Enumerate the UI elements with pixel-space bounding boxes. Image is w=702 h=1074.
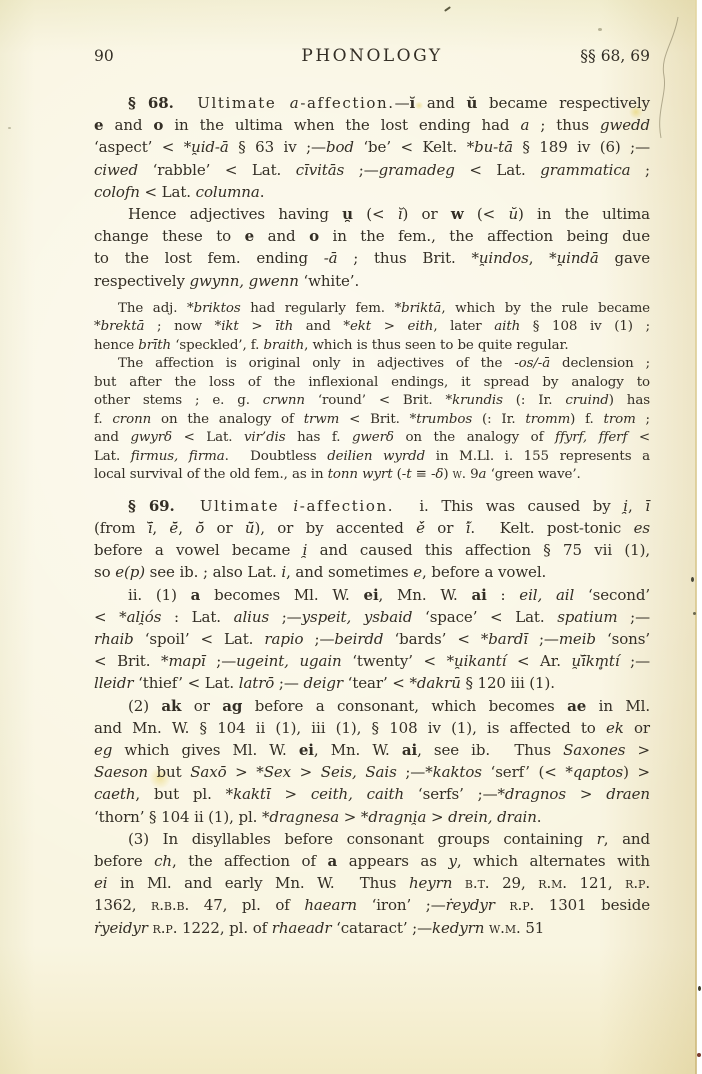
text-segment: > bbox=[271, 785, 311, 803]
text-segment: ei bbox=[299, 741, 314, 759]
text-segment: ae bbox=[567, 697, 586, 715]
text-segment: * bbox=[94, 319, 101, 334]
text-segment: ei bbox=[364, 586, 379, 604]
text-segment: rhaeadr bbox=[272, 919, 332, 937]
text-segment: (2) bbox=[128, 697, 161, 715]
text-segment: and caused this affection § 75 vii (1), bbox=[307, 541, 650, 559]
text-segment: gave bbox=[599, 249, 650, 267]
text-segment: ŭ bbox=[508, 205, 518, 223]
text-segment: on the analogy of bbox=[394, 430, 555, 445]
text-segment: ‘second’ bbox=[574, 586, 650, 604]
para-68-hence: Hence adjectives having u̯ (< ĭ) or w (<… bbox=[94, 203, 650, 292]
text-segment: ffyrf, fferf bbox=[555, 430, 627, 445]
text-segment: 121, bbox=[567, 874, 625, 892]
para-69-intro: § 69. Ultimate i-affection. i. This was … bbox=[94, 495, 650, 584]
text-segment: so bbox=[94, 563, 115, 581]
text-segment: ek bbox=[606, 719, 624, 737]
text-segment: ‘iron’ ;— bbox=[357, 896, 446, 914]
text-segment: kaktī bbox=[233, 785, 270, 803]
text-segment: > * bbox=[339, 808, 368, 826]
text-segment: ;— bbox=[528, 630, 559, 648]
text-segment: Saeson bbox=[94, 763, 148, 781]
para-69-ii-1: ii. (1) a becomes Ml. W. ei, Mn. W. ai :… bbox=[94, 584, 650, 695]
text-segment: ‘tear’ < * bbox=[343, 674, 417, 692]
text-segment: haearn bbox=[304, 896, 357, 914]
text-segment: other stems ; e. g. bbox=[94, 393, 263, 408]
text-segment: on the analogy of bbox=[151, 412, 304, 427]
text-line: (3) In disyllables before consonant grou… bbox=[94, 828, 650, 850]
text-segment: 47, pl. of bbox=[189, 896, 304, 914]
text-segment: ;— bbox=[206, 652, 237, 670]
text-segment: bu-tā bbox=[474, 138, 513, 156]
text-segment: gramadeg bbox=[379, 161, 455, 179]
text-segment: ; bbox=[630, 161, 650, 179]
text-segment: columna bbox=[196, 183, 260, 201]
text-segment: īth bbox=[275, 319, 293, 334]
text-segment: o bbox=[153, 116, 163, 134]
text-segment: Hence adjectives having bbox=[128, 205, 342, 223]
text-segment: u̯indos bbox=[479, 249, 529, 267]
text-segment bbox=[452, 874, 465, 892]
text-segment: ai bbox=[402, 741, 417, 759]
text-segment: Ultimate bbox=[197, 94, 290, 112]
text-line: to the lost fem. ending -ā ; thus Brit. … bbox=[94, 247, 650, 269]
text-segment: ;— bbox=[269, 608, 302, 626]
text-segment: ṙeydyr bbox=[446, 896, 495, 914]
text-segment: heyrn bbox=[409, 874, 452, 892]
text-segment: -ā bbox=[324, 249, 338, 267]
text-segment: before bbox=[94, 852, 154, 870]
text-line: Hence adjectives having u̯ (< ĭ) or w (<… bbox=[94, 203, 650, 225]
text-segment: 29, bbox=[489, 874, 538, 892]
text-segment: see ib. ; also Lat. bbox=[145, 563, 281, 581]
text-segment: ; thus bbox=[529, 116, 600, 134]
text-segment: r.b.b. bbox=[151, 896, 189, 914]
text-line: caeth, but pl. *kaktī > ceith, caith ‘se… bbox=[94, 783, 650, 805]
text-segment: < bbox=[627, 430, 650, 445]
text-segment: ṙyeidyr bbox=[94, 919, 148, 937]
text-segment: w bbox=[451, 205, 464, 223]
text-segment: e bbox=[413, 563, 422, 581]
text-segment: < * bbox=[94, 608, 127, 626]
para-note-affection-original: The affection is original only in adject… bbox=[94, 355, 650, 485]
text-segment: respectively bbox=[94, 272, 190, 290]
text-segment: aith bbox=[494, 319, 520, 334]
text-line: ‘thorn’ § 104 ii (1), pl. *dragnesa > *d… bbox=[94, 806, 650, 828]
paper-speck bbox=[693, 612, 696, 615]
text-segment bbox=[174, 94, 197, 112]
text-segment: e bbox=[245, 227, 254, 245]
text-segment: cronn bbox=[112, 412, 151, 427]
text-segment: ikt bbox=[221, 319, 238, 334]
text-segment: Lat. bbox=[94, 449, 131, 464]
text-segment: becomes Ml. W. bbox=[200, 586, 363, 604]
text-segment: ē̆ bbox=[169, 519, 178, 537]
text-segment: < Brit. * bbox=[94, 652, 168, 670]
text-segment: briktā bbox=[401, 301, 441, 316]
text-segment: trumbos bbox=[416, 412, 472, 427]
text-segment: , but pl. * bbox=[135, 785, 233, 803]
text-segment: w. bbox=[453, 467, 466, 482]
text-line: (from ī̆, ē̆, ō̆ or ū̆), or by accented … bbox=[94, 517, 650, 539]
text-line: The adj. *briktos had regularly fem. *br… bbox=[94, 300, 650, 319]
text-segment: , see ib. Thus bbox=[417, 741, 563, 759]
text-segment: but after the loss of the inflexional en… bbox=[94, 375, 650, 390]
text-segment: in the ultima when the lost ending had bbox=[163, 116, 520, 134]
page-header: 90 PHONOLOGY §§ 68, 69 bbox=[94, 46, 650, 66]
text-segment: 51 bbox=[521, 919, 545, 937]
text-segment: brīth bbox=[138, 338, 171, 353]
text-segment: (< bbox=[464, 205, 509, 223]
text-line: The affection is original only in adject… bbox=[94, 355, 650, 374]
text-line: < Brit. *mapī ;—ugeint, ugain ‘twenty’ <… bbox=[94, 650, 650, 672]
text-segment: e(p) bbox=[115, 563, 145, 581]
text-segment: eg bbox=[94, 741, 112, 759]
text-segment: > bbox=[426, 808, 448, 826]
text-segment: colofn bbox=[94, 183, 140, 201]
text-segment: bardī bbox=[488, 630, 528, 648]
text-segment: ) or bbox=[402, 205, 450, 223]
text-segment: — bbox=[395, 94, 410, 112]
text-segment: lleidr bbox=[94, 674, 133, 692]
text-segment: < Lat. bbox=[172, 430, 244, 445]
text-segment: krundis bbox=[452, 393, 503, 408]
text-segment: ‘white’. bbox=[299, 272, 359, 290]
text-segment: r.p. bbox=[153, 919, 178, 937]
text-line: but after the loss of the inflexional en… bbox=[94, 374, 650, 393]
text-line: respectively gwynn, gwenn ‘white’. bbox=[94, 270, 650, 292]
text-segment: < Lat. bbox=[140, 183, 196, 201]
text-segment: eil, ail bbox=[519, 586, 574, 604]
text-segment: gwerδ bbox=[352, 430, 394, 445]
text-segment: § 120 iii (1). bbox=[461, 674, 555, 692]
text-segment: , bbox=[628, 497, 645, 515]
text-segment: u̯ bbox=[342, 205, 353, 223]
text-block: 90 PHONOLOGY §§ 68, 69 § 68. Ultimate a-… bbox=[94, 46, 650, 939]
text-line: ciwed ‘rabble’ < Lat. cīvitās ;—gramadeg… bbox=[94, 159, 650, 181]
text-segment: ‘bards’ < * bbox=[383, 630, 488, 648]
text-segment: gwyrδ bbox=[130, 430, 172, 445]
text-segment: a bbox=[290, 94, 301, 112]
text-segment: ‘spoil’ < Lat. bbox=[134, 630, 265, 648]
text-segment: trom bbox=[604, 412, 636, 427]
text-segment: > bbox=[371, 319, 407, 334]
text-segment: has f. bbox=[286, 430, 352, 445]
text-segment: kaktos bbox=[433, 763, 482, 781]
text-segment: § 108 iv (1) ; bbox=[520, 319, 650, 334]
text-segment: declension ; bbox=[550, 356, 650, 371]
text-line: 1362, r.b.b. 47, pl. of haearn ‘iron’ ;—… bbox=[94, 894, 650, 916]
text-segment: . Doubtless bbox=[225, 449, 328, 464]
text-segment: r.p. bbox=[509, 896, 534, 914]
running-head: PHONOLOGY bbox=[214, 46, 530, 66]
text-segment: 1301 beside bbox=[534, 896, 650, 914]
text-segment: ii. (1) bbox=[128, 586, 191, 604]
text-segment: . bbox=[537, 808, 542, 826]
text-segment: , which alternates with bbox=[457, 852, 650, 870]
page-edge-shadow bbox=[695, 0, 697, 1074]
text-segment: in M.Ll. i. 155 represents a bbox=[425, 449, 650, 464]
page-number: 90 bbox=[94, 47, 214, 65]
text-segment: appears as bbox=[337, 852, 448, 870]
text-segment: deigr bbox=[303, 674, 343, 692]
text-segment: but bbox=[148, 763, 190, 781]
text-line: hence brīth ‘speckled’, f. braith, which… bbox=[94, 337, 650, 356]
text-segment: ) has bbox=[609, 393, 650, 408]
text-line: Lat. firmus, firma. Doubtless deilien wy… bbox=[94, 448, 650, 467]
scanned-book-page: { "page": { "number": "90", "running_hea… bbox=[0, 0, 702, 1074]
text-segment: ‘thief’ < Lat. bbox=[133, 674, 238, 692]
text-segment: gwedd bbox=[600, 116, 650, 134]
text-line: ii. (1) a becomes Ml. W. ei, Mn. W. ai :… bbox=[94, 584, 650, 606]
text-segment: dragni̯a bbox=[368, 808, 426, 826]
text-segment: or bbox=[624, 719, 650, 737]
text-segment: ‘thorn’ § 104 ii (1), pl. * bbox=[94, 808, 269, 826]
text-segment: -affection. bbox=[300, 497, 394, 515]
text-segment: Seis, Sais bbox=[321, 763, 397, 781]
text-segment: (from bbox=[94, 519, 148, 537]
para-note-briktos: The adj. *briktos had regularly fem. *br… bbox=[94, 300, 650, 356]
text-segment: 1222, pl. of bbox=[177, 919, 271, 937]
text-segment: caeth bbox=[94, 785, 135, 803]
text-segment: change these to bbox=[94, 227, 245, 245]
text-segment: > bbox=[566, 785, 606, 803]
text-segment: qaptos bbox=[573, 763, 623, 781]
text-segment: , later bbox=[433, 319, 494, 334]
text-segment: and Mn. W. § 104 ii (1), iii (1), § 108 … bbox=[94, 719, 606, 737]
text-segment: > bbox=[625, 741, 650, 759]
text-line: lleidr ‘thief’ < Lat. latrō ;— deigr ‘te… bbox=[94, 672, 650, 694]
text-segment: 9 bbox=[466, 467, 479, 482]
text-segment: meib bbox=[559, 630, 596, 648]
text-segment: u̯id-ā bbox=[191, 138, 229, 156]
text-segment: or bbox=[181, 697, 222, 715]
text-line: local survival of the old fem., as in to… bbox=[94, 466, 650, 485]
text-segment: ; now * bbox=[144, 319, 221, 334]
text-segment: Sex bbox=[264, 763, 291, 781]
text-segment: , which by the rule became bbox=[441, 301, 650, 316]
text-segment: , the affection of bbox=[172, 852, 328, 870]
text-segment: cīvitās bbox=[296, 161, 344, 179]
text-segment: 1362, bbox=[94, 896, 151, 914]
text-segment: -affection. bbox=[300, 94, 394, 112]
text-segment: and bbox=[415, 94, 466, 112]
text-line: < *ali̯ós : Lat. alius ;—yspeit, ysbaid … bbox=[94, 606, 650, 628]
text-segment: ;— bbox=[274, 674, 303, 692]
text-segment: r.p. bbox=[625, 874, 650, 892]
text-segment: < Brit. * bbox=[339, 412, 416, 427]
text-segment: spatium bbox=[557, 608, 617, 626]
text-segment: ) bbox=[443, 467, 452, 482]
text-segment: : bbox=[487, 586, 520, 604]
text-segment: The adj. * bbox=[118, 301, 194, 316]
text-segment: ; bbox=[636, 412, 650, 427]
text-segment: ; thus Brit. * bbox=[338, 249, 479, 267]
para-69-ii-3: (3) In disyllables before consonant grou… bbox=[94, 828, 650, 939]
text-segment: , which is thus seen to be quite regular… bbox=[304, 338, 568, 353]
text-segment: (< bbox=[353, 205, 398, 223]
text-segment: w.m. bbox=[489, 919, 521, 937]
text-segment: tromm bbox=[525, 412, 570, 427]
text-segment: latrō bbox=[239, 674, 274, 692]
text-segment: (3) In disyllables before consonant grou… bbox=[128, 830, 597, 848]
text-line: so e(p) see ib. ; also Lat. i, and somet… bbox=[94, 561, 650, 583]
text-segment: a bbox=[191, 586, 201, 604]
text-segment: , and sometimes bbox=[286, 563, 413, 581]
text-segment: became respectively bbox=[477, 94, 650, 112]
text-segment: ĕ́ bbox=[416, 519, 425, 537]
text-segment: u̯ī̆km̥tí bbox=[572, 652, 620, 670]
text-segment: rapio bbox=[264, 630, 303, 648]
text-line: before ch, the affection of a appears as… bbox=[94, 850, 650, 872]
text-segment: Saxones bbox=[563, 741, 625, 759]
text-segment: ;—* bbox=[397, 763, 433, 781]
text-segment: mapī bbox=[168, 652, 205, 670]
text-segment: and bbox=[94, 430, 130, 445]
text-segment: a bbox=[520, 116, 529, 134]
text-segment: in the fem., the affection being due bbox=[319, 227, 650, 245]
text-segment: ‘twenty’ < * bbox=[342, 652, 454, 670]
text-segment: braith bbox=[263, 338, 304, 353]
text-segment: . bbox=[260, 183, 265, 201]
text-segment: b.t. bbox=[465, 874, 490, 892]
text-segment: ) > bbox=[623, 763, 650, 781]
text-segment: ag bbox=[222, 697, 242, 715]
text-segment: > bbox=[239, 319, 275, 334]
text-segment: ugeint, ugain bbox=[236, 652, 342, 670]
text-segment: ) f. bbox=[570, 412, 603, 427]
text-segment: which gives Ml. W. bbox=[112, 741, 299, 759]
text-segment: ŭ bbox=[467, 94, 478, 112]
text-segment: ak bbox=[161, 697, 181, 715]
text-segment: , bbox=[178, 519, 195, 537]
text-segment: ‘rabble’ < Lat. bbox=[138, 161, 296, 179]
text-segment: § 189 iv (6) ;— bbox=[513, 138, 650, 156]
text-segment: ‘green wave’. bbox=[486, 467, 580, 482]
text-segment: ‘cataract’ ;— bbox=[331, 919, 432, 937]
text-segment: ō̆ bbox=[195, 519, 204, 537]
text-segment: and bbox=[254, 227, 309, 245]
text-segment: or bbox=[425, 519, 466, 537]
text-segment bbox=[175, 497, 200, 515]
text-segment bbox=[495, 896, 510, 914]
text-segment: ;— bbox=[617, 608, 650, 626]
text-segment: -δ bbox=[431, 467, 443, 482]
text-segment: kedyrn bbox=[432, 919, 484, 937]
text-segment: ekt bbox=[350, 319, 371, 334]
text-segment: o bbox=[309, 227, 319, 245]
text-segment: (: Ir. bbox=[472, 412, 525, 427]
text-segment: ‘sons’ bbox=[596, 630, 650, 648]
text-segment: alius bbox=[234, 608, 269, 626]
paper-crack-line bbox=[648, 14, 690, 144]
text-segment: ‘speckled’, f. bbox=[171, 338, 263, 353]
text-segment: ‘round’ < Brit. * bbox=[305, 393, 452, 408]
text-segment: a bbox=[328, 852, 338, 870]
text-line: colofn < Lat. columna. bbox=[94, 181, 650, 203]
text-segment: . Kelt. post-tonic bbox=[470, 519, 633, 537]
para-68-intro: § 68. Ultimate a-affection.—ĭ and ŭ beca… bbox=[94, 92, 650, 203]
text-segment: r.m. bbox=[538, 874, 567, 892]
text-segment: ( bbox=[393, 467, 402, 482]
text-segment: dragnesa bbox=[269, 808, 339, 826]
text-line: and Mn. W. § 104 ii (1), iii (1), § 108 … bbox=[94, 717, 650, 739]
text-segment: bod bbox=[326, 138, 354, 156]
text-line: and gwyrδ < Lat. vir’dis has f. gwerδ on… bbox=[94, 429, 650, 448]
text-segment: beirdd bbox=[334, 630, 383, 648]
text-segment: The affection is original only in adject… bbox=[118, 356, 514, 371]
text-segment: (: Ir. bbox=[503, 393, 565, 408]
paper-speck bbox=[8, 127, 11, 129]
para-69-ii-2: (2) ak or ag before a consonant, which b… bbox=[94, 695, 650, 828]
text-segment: i. This was caused by bbox=[394, 497, 623, 515]
text-segment: : Lat. bbox=[161, 608, 233, 626]
text-segment: in Ml. bbox=[586, 697, 650, 715]
text-segment: y bbox=[448, 852, 456, 870]
text-segment: § 68. bbox=[128, 94, 174, 112]
text-segment: ;— bbox=[620, 652, 651, 670]
text-segment: ‘aspect’ < * bbox=[94, 138, 191, 156]
text-segment: u̯ikantí bbox=[454, 652, 506, 670]
text-segment: deilien wyrdd bbox=[327, 449, 425, 464]
text-segment: ‘serf’ (< * bbox=[482, 763, 573, 781]
text-line: § 69. Ultimate i-affection. i. This was … bbox=[94, 495, 650, 517]
text-segment: r bbox=[597, 830, 604, 848]
text-segment: draen bbox=[606, 785, 650, 803]
text-segment: ) in the ultima bbox=[518, 205, 650, 223]
text-line: *brektā ; now *ikt > īth and *ekt > eith… bbox=[94, 318, 650, 337]
text-segment: drein, drain bbox=[448, 808, 537, 826]
text-line: other stems ; e. g. crwnn ‘round’ < Brit… bbox=[94, 392, 650, 411]
text-segment: before a consonant, which becomes bbox=[242, 697, 567, 715]
text-segment: brektā bbox=[101, 319, 145, 334]
text-segment: ī bbox=[645, 497, 650, 515]
body-text: § 68. Ultimate a-affection.—ĭ and ŭ beca… bbox=[94, 92, 650, 939]
text-segment: § 69. bbox=[128, 497, 175, 515]
text-segment: tonn wyrt bbox=[328, 467, 393, 482]
text-segment: < Ar. bbox=[506, 652, 571, 670]
text-segment: hence bbox=[94, 338, 138, 353]
text-segment: ;— bbox=[303, 630, 334, 648]
text-segment: and bbox=[103, 116, 153, 134]
text-segment: es bbox=[634, 519, 650, 537]
text-line: Saeson but Saxō > *Sex > Seis, Sais ;—*k… bbox=[94, 761, 650, 783]
text-segment: § 63 iv ;— bbox=[229, 138, 326, 156]
text-segment: ;— bbox=[344, 161, 378, 179]
text-segment: to the lost fem. ending bbox=[94, 249, 324, 267]
text-segment: f. bbox=[94, 412, 112, 427]
text-segment: eith bbox=[408, 319, 434, 334]
text-segment: , and bbox=[604, 830, 650, 848]
text-line: rhaib ‘spoil’ < Lat. rapio ;—beirdd ‘bar… bbox=[94, 628, 650, 650]
text-segment: gwynn, gwenn bbox=[190, 272, 299, 290]
text-segment: trwm bbox=[304, 412, 340, 427]
text-line: eg which gives Ml. W. ei, Mn. W. ai, see… bbox=[94, 739, 650, 761]
text-segment: Ultimate bbox=[200, 497, 293, 515]
text-line: ‘aspect’ < *u̯id-ā § 63 iv ;—bod ‘be’ < … bbox=[94, 136, 650, 158]
text-line: change these to e and o in the fem., the… bbox=[94, 225, 650, 247]
text-segment: crwnn bbox=[263, 393, 305, 408]
text-line: before a vowel became i̯ and caused this… bbox=[94, 539, 650, 561]
text-line: f. cronn on the analogy of trwm < Brit. … bbox=[94, 411, 650, 430]
text-segment: vir’dis bbox=[244, 430, 286, 445]
text-segment: local survival of the old fem., as in bbox=[94, 467, 328, 482]
text-segment: , bbox=[152, 519, 169, 537]
text-segment: > bbox=[291, 763, 321, 781]
text-segment: ‘space’ < Lat. bbox=[412, 608, 557, 626]
text-segment: in Ml. and early Mn. W. Thus bbox=[107, 874, 408, 892]
text-segment: ), or by accented bbox=[254, 519, 416, 537]
